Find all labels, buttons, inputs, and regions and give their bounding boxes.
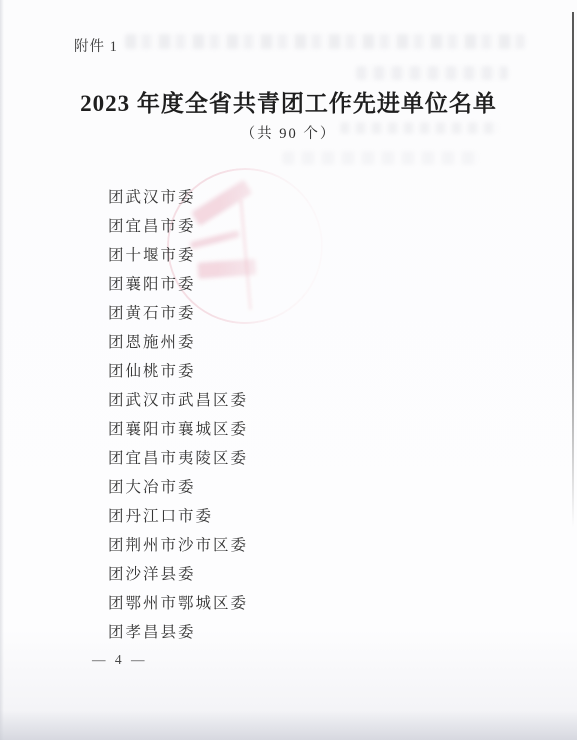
list-item: 团沙洋县委 [108,560,408,589]
list-item: 团宜昌市委 [108,212,408,241]
attachment-label: 附件 1 [74,35,118,56]
scan-left-edge [0,0,4,740]
list-item: 团孝昌县委 [108,618,408,647]
scan-right-edge-line [572,12,574,527]
list-item: 团鄂州市鄂城区委 [108,589,408,618]
document-subtitle-count: （共 90 个） [0,122,577,143]
document-title: 2023 年度全省共青团工作先进单位名单 [0,85,577,118]
bleedthrough-text-smudge [356,66,508,80]
bleedthrough-text-smudge [282,151,480,165]
advanced-units-list: 团武汉市委 团宜昌市委 团十堰市委 团襄阳市委 团黄石市委 团恩施州委 团仙桃市… [108,183,408,647]
list-item: 团襄阳市襄城区委 [108,415,408,444]
list-item: 团大冶市委 [108,473,408,502]
page-number: — 4 — [92,652,148,668]
list-item: 团黄石市委 [108,299,408,328]
list-item: 团武汉市武昌区委 [108,386,408,415]
scan-bottom-shadow [0,710,577,740]
bleedthrough-text-smudge [125,34,525,49]
list-item: 团十堰市委 [108,241,408,270]
list-item: 团襄阳市委 [108,270,408,299]
list-item: 团仙桃市委 [108,357,408,386]
scanned-document-page: 附件 1 2023 年度全省共青团工作先进单位名单 （共 90 个） 团武汉市委… [0,0,577,740]
list-item: 团武汉市委 [108,183,408,212]
list-item: 团丹江口市委 [108,502,408,531]
list-item: 团荆州市沙市区委 [108,531,408,560]
list-item: 团宜昌市夷陵区委 [108,444,408,473]
list-item: 团恩施州委 [108,328,408,357]
